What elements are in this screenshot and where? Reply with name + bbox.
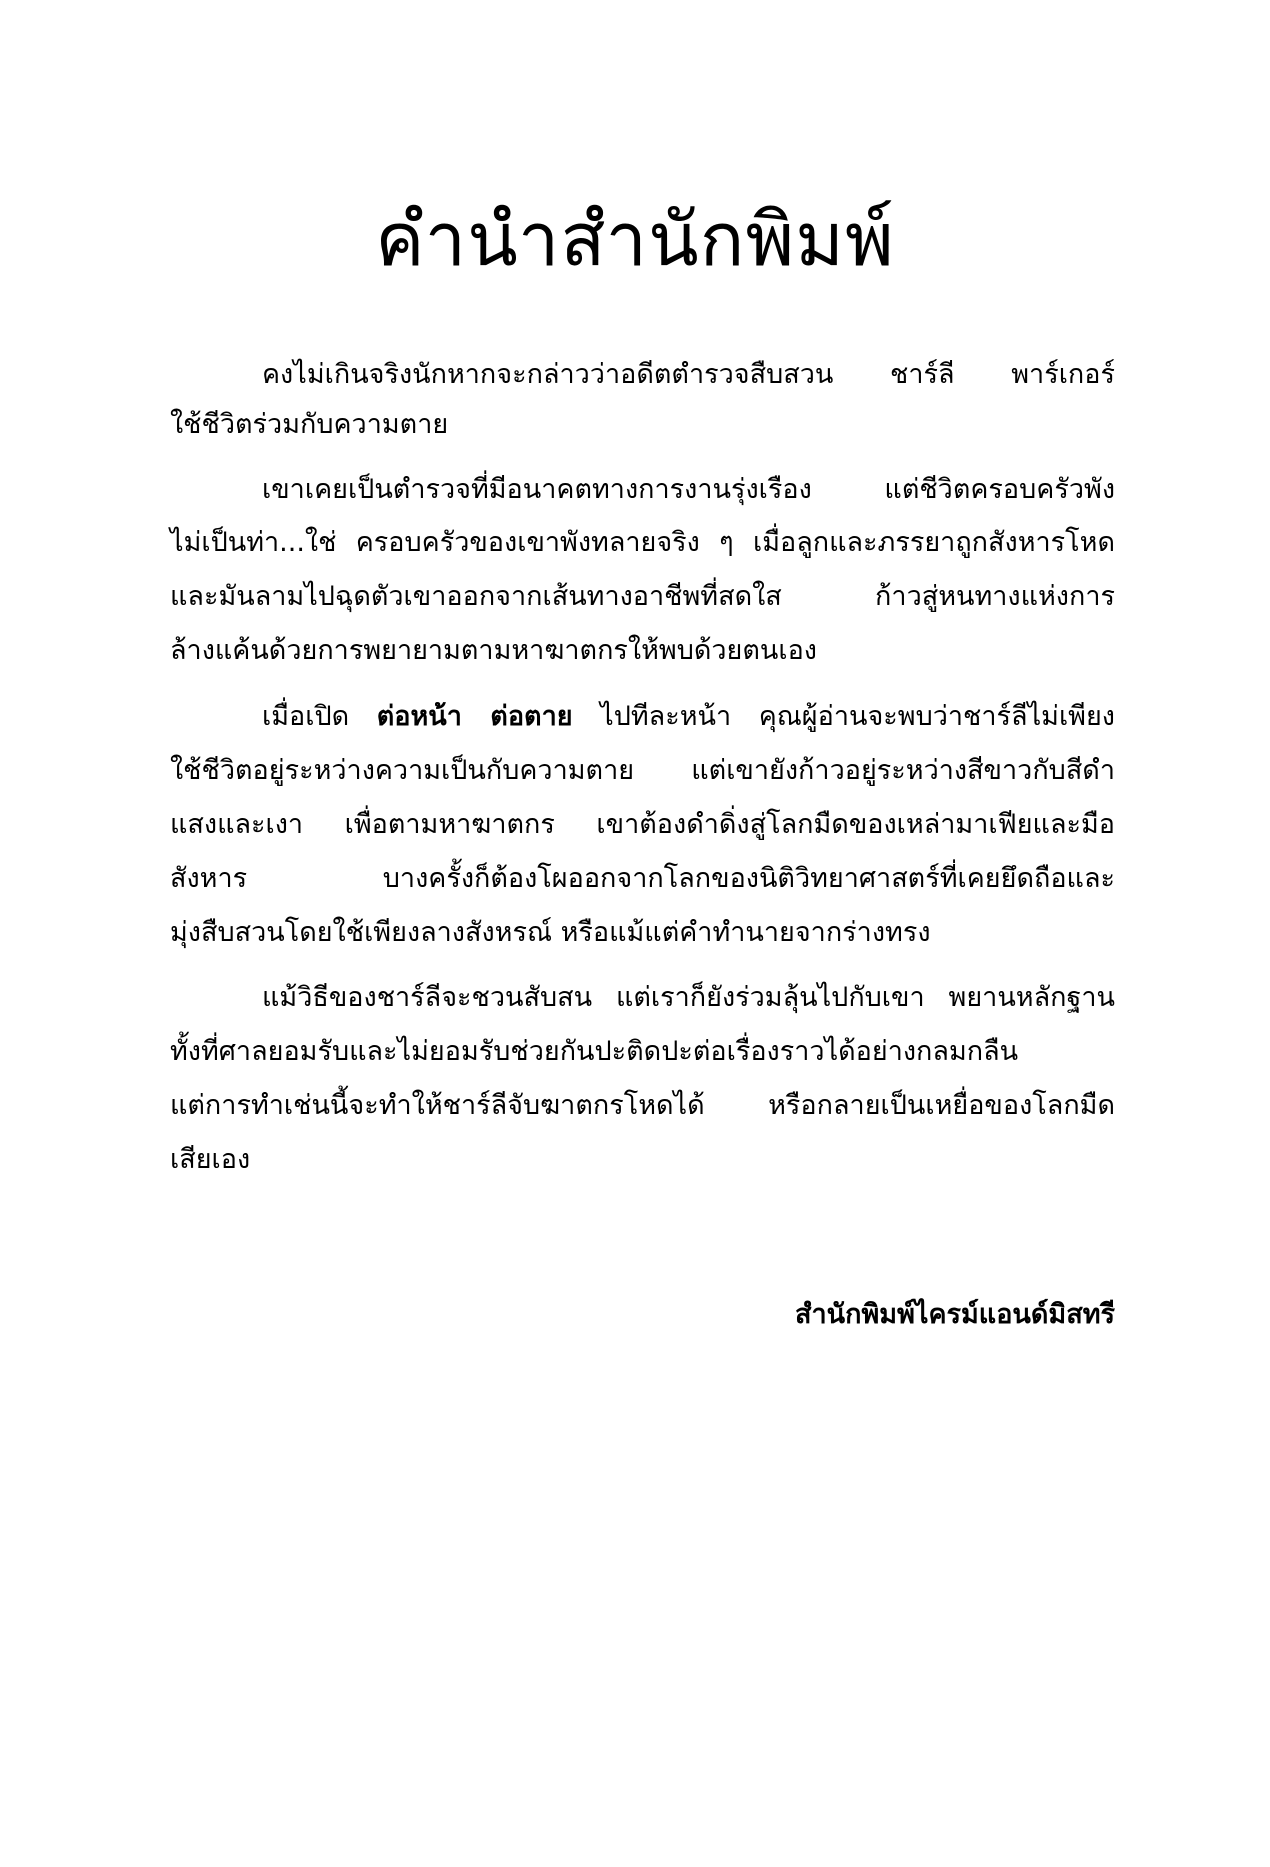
- publisher-signature: สำนักพิมพ์ไครม์แอนด์มิสทรี: [795, 1295, 1115, 1335]
- paragraph-3-prefix: เมื่อเปิด: [262, 701, 377, 732]
- paragraph-4-line-3: แต่การทำเช่นนี้จะทำให้ชาร์ลีจับฆาตกรโหดไ…: [170, 1086, 1115, 1126]
- paragraph-1-line-1: คงไม่เกินจริงนักหากจะกล่าวว่าอดีตตำรวจสื…: [262, 355, 1115, 395]
- paragraph-1-line-2: ใช้ชีวิตร่วมกับความตาย: [170, 405, 448, 445]
- paragraph-3-line-4: สังหาร บางครั้งก็ต้องโผออกจากโลกของนิติว…: [170, 859, 1115, 899]
- paragraph-2-line-1: เขาเคยเป็นตำรวจที่มีอนาคตทางการงานรุ่งเร…: [262, 470, 1115, 510]
- paragraph-2-line-3: และมันลามไปฉุดตัวเขาออกจากเส้นทางอาชีพที…: [170, 577, 1115, 617]
- paragraph-2-line-4: ล้างแค้นด้วยการพยายามตามหาฆาตกรให้พบด้วย…: [170, 631, 817, 671]
- paragraph-3-line-2: ใช้ชีวิตอยู่ระหว่างความเป็นกับความตาย แต…: [170, 751, 1115, 791]
- document-page: คำนำสำนักพิมพ์ คงไม่เกินจริงนักหากจะกล่า…: [0, 0, 1270, 1867]
- paragraph-3-line-1: เมื่อเปิด ต่อหน้า ต่อตาย ไปทีละหน้า คุณผ…: [262, 697, 1115, 737]
- paragraph-4-line-4: เสียเอง: [170, 1140, 250, 1180]
- paragraph-3-line-5: มุ่งสืบสวนโดยใช้เพียงลางสังหรณ์ หรือแม้แ…: [170, 913, 931, 953]
- paragraph-2-line-2: ไม่เป็นท่า...ใช่ ครอบครัวของเขาพังทลายจร…: [170, 523, 1115, 563]
- paragraph-4-line-2: ทั้งที่ศาลยอมรับและไม่ยอมรับช่วยกันปะติด…: [170, 1032, 1115, 1072]
- paragraph-3-suffix: ไปทีละหน้า คุณผู้อ่านจะพบว่าชาร์ลีไม่เพี…: [573, 701, 1115, 732]
- page-title: คำนำสำนักพิมพ์: [0, 190, 1270, 290]
- paragraph-4-line-1: แม้วิธีของชาร์ลีจะชวนสับสน แต่เราก็ยังร่…: [262, 978, 1115, 1018]
- paragraph-3-line-3: แสงและเงา เพื่อตามหาฆาตกร เขาต้องดำดิ่งส…: [170, 805, 1115, 845]
- book-title: ต่อหน้า ต่อตาย: [377, 701, 573, 732]
